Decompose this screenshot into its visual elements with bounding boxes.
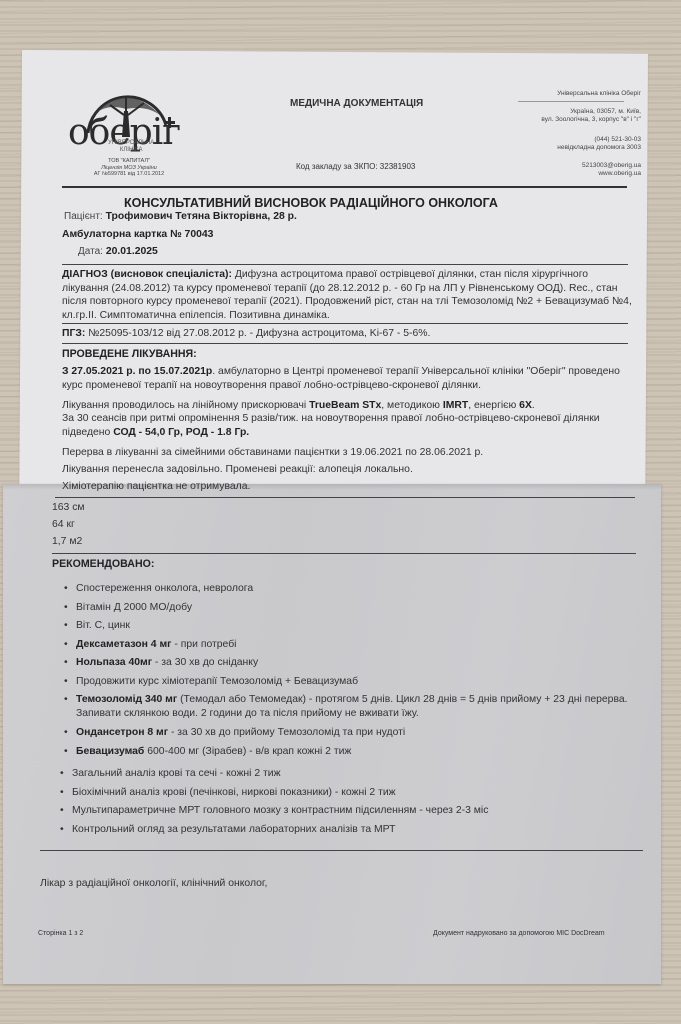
recommendation-item: Дексаметазон 4 мг - при потребі — [62, 638, 642, 652]
accelerator: TrueBeam STx — [309, 400, 381, 411]
recommendation-text: - при потребі — [171, 639, 236, 650]
patient-row: Пацієнт: Трофимович Тетяна Вікторівна, 2… — [64, 211, 297, 222]
treatment-dates: З 27.05.2021 р. по 15.07.2021р — [62, 366, 212, 377]
recommendation-text: Вітамін Д 2000 МО/добу — [76, 602, 192, 613]
recommendations-list: Спостереження онколога, неврологаВітамін… — [62, 582, 642, 763]
recommendation-item: Ондансетрон 8 мг - за 30 хв до прийому Т… — [62, 726, 642, 740]
monitoring-item: Загальний аналіз крові та сечі - кожні 2… — [58, 767, 638, 781]
header-divider — [518, 101, 624, 102]
page-number: Сторінка 1 з 2 — [38, 930, 83, 937]
document-title: КОНСУЛЬТАТИВНИЙ ВИСНОВОК РАДІАЦІЙНОГО ОН… — [124, 196, 498, 210]
section-rule — [40, 850, 643, 851]
drug-name: Нольпаза 40мг — [76, 657, 152, 668]
recommendation-item: Вітамін Д 2000 МО/добу — [62, 601, 642, 615]
monitoring-item: Біохімічний аналіз крові (печінкові, нир… — [58, 786, 638, 800]
emergency-line: невідкладна допомога 3003 — [557, 144, 641, 152]
section-rule — [62, 264, 628, 265]
drug-name: Темозоломід 340 мг — [76, 694, 177, 705]
website-link[interactable]: www.oberig.ua — [582, 170, 641, 178]
phone: (044) 521-30-03 — [557, 136, 641, 144]
address-line: Україна, 03057, м. Київ, — [541, 108, 641, 116]
monitoring-item: Мультипараметричне МРТ головного мозку з… — [58, 804, 638, 818]
patient-bsa: 1,7 м2 — [52, 535, 82, 549]
drug-name: Бевацизумаб — [76, 746, 144, 757]
recommendation-text: 600-400 мг (Зірабев) - в/в крап кожні 2 … — [144, 746, 351, 757]
recommendation-text: Спостереження онколога, невролога — [76, 583, 253, 594]
recommendation-text: Продовжити курс хіміотерапії Темозоломід… — [76, 676, 358, 687]
recommendation-text: Віт. С, цинк — [76, 620, 130, 631]
diagnosis-label: ДІАГНОЗ (висновок спеціаліста): — [62, 269, 232, 280]
recommendation-item: Продовжити курс хіміотерапії Темозоломід… — [62, 675, 642, 689]
text: , методикою — [381, 400, 443, 411]
treatment-dose: За 30 сеансів при ритмі опромінення 5 ра… — [62, 412, 644, 439]
header-rule — [62, 186, 627, 188]
patient-name: Трофимович Тетяна Вікторівна, 28 р. — [106, 211, 297, 222]
text: . — [532, 400, 535, 411]
recommendation-item: Нольпаза 40мг - за 30 хв до сніданку — [62, 656, 642, 670]
recommendation-item: Спостереження онколога, невролога — [62, 582, 642, 596]
patient-weight: 64 кг — [52, 518, 75, 532]
brand-subtitle-line: УНІВЕРСАЛЬНА — [108, 140, 154, 147]
email-link[interactable]: 5213003@oberig.ua — [582, 162, 641, 170]
doc-type: МЕДИЧНА ДОКУМЕНТАЦІЯ — [290, 98, 423, 109]
address-line: вул. Зоологічна, 3, корпус "в" і "г" — [541, 116, 641, 124]
recommendations-heading: РЕКОМЕНДОВАНО: — [52, 558, 154, 570]
energy: 6X — [519, 400, 532, 411]
patient-label: Пацієнт: — [64, 211, 103, 222]
date-label: Дата: — [78, 246, 103, 257]
recommendation-text: - за 30 хв до прийому Темозоломід та при… — [168, 727, 405, 738]
registry-code: Код закладу за ЗКПО: 32381903 — [296, 162, 415, 171]
drug-name: Ондансетрон 8 мг — [76, 727, 168, 738]
technique: IMRT — [443, 400, 468, 411]
recommendation-text: - за 30 хв до сніданку — [152, 657, 258, 668]
recommendation-item: Темозоломід 340 мг (Темодал або Темомеда… — [62, 693, 642, 720]
license-line: АГ №599781 від 17.01.2012 — [70, 171, 188, 178]
text: Лікування проводилось на лінійному приск… — [62, 400, 309, 411]
recommendation-item: Бевацизумаб 600-400 мг (Зірабев) - в/в к… — [62, 745, 642, 759]
section-rule — [52, 553, 636, 554]
license-info: ТОВ "КАПИТАЛ" Ліцензія МОЗ України АГ №5… — [70, 158, 188, 178]
printed-by: Документ надруковано за допомогою МІС Do… — [433, 930, 605, 937]
card-number: Амбулаторна картка № 70043 — [62, 229, 213, 240]
section-rule — [62, 323, 628, 324]
clinic-phones: (044) 521-30-03 невідкладна допомога 300… — [557, 136, 641, 152]
text: , енергією — [468, 400, 519, 411]
brand-subtitle-line: КЛІНІКА — [108, 147, 154, 154]
section-rule — [62, 343, 628, 344]
monitoring-item: Контрольний огляд за результатами лабора… — [58, 823, 638, 837]
monitoring-list: Загальний аналіз крові та сечі - кожні 2… — [58, 767, 638, 841]
doctor-signature: Лікар з радіаційної онкології, клінічний… — [40, 877, 267, 891]
treatment-period: З 27.05.2021 р. по 15.07.2021р. амбулато… — [62, 365, 622, 392]
histology-text: №25095-103/12 від 27.08.2012 р. - Дифузн… — [88, 328, 430, 339]
treatment-tolerance: Лікування перенесла задовільно. Променев… — [62, 463, 642, 477]
date-row: Дата: 20.01.2025 — [78, 246, 158, 257]
date-value: 20.01.2025 — [106, 246, 158, 257]
brand-subtitle: УНІВЕРСАЛЬНА КЛІНІКА — [108, 140, 154, 154]
section-rule — [55, 497, 635, 498]
dose-values: СОД - 54,0 Гр, РОД - 1.8 Гр. — [113, 427, 249, 438]
patient-height: 163 см — [52, 501, 85, 515]
clinic-name: Універсальна клініка Оберіг — [557, 90, 641, 98]
histology: ПГЗ: №25095-103/12 від 27.08.2012 р. - Д… — [62, 327, 642, 341]
treatment-heading: ПРОВЕДЕНЕ ЛІКУВАННЯ: — [62, 348, 197, 360]
histology-label: ПГЗ: — [62, 328, 85, 339]
treatment-equipment: Лікування проводилось на лінійному приск… — [62, 399, 642, 413]
diagnosis: ДІАГНОЗ (висновок спеціаліста): Дифузна … — [62, 268, 634, 322]
recommendation-item: Віт. С, цинк — [62, 619, 642, 633]
drug-name: Дексаметазон 4 мг — [76, 639, 171, 650]
clinic-address: Україна, 03057, м. Київ, вул. Зоологічна… — [541, 108, 641, 124]
chemo-note: Хіміотерапію пацієнтка не отримувала. — [62, 480, 642, 494]
treatment-break: Перерва в лікуванні за сімейними обстави… — [62, 446, 642, 460]
clinic-contacts: 5213003@oberig.ua www.oberig.ua — [582, 162, 641, 178]
